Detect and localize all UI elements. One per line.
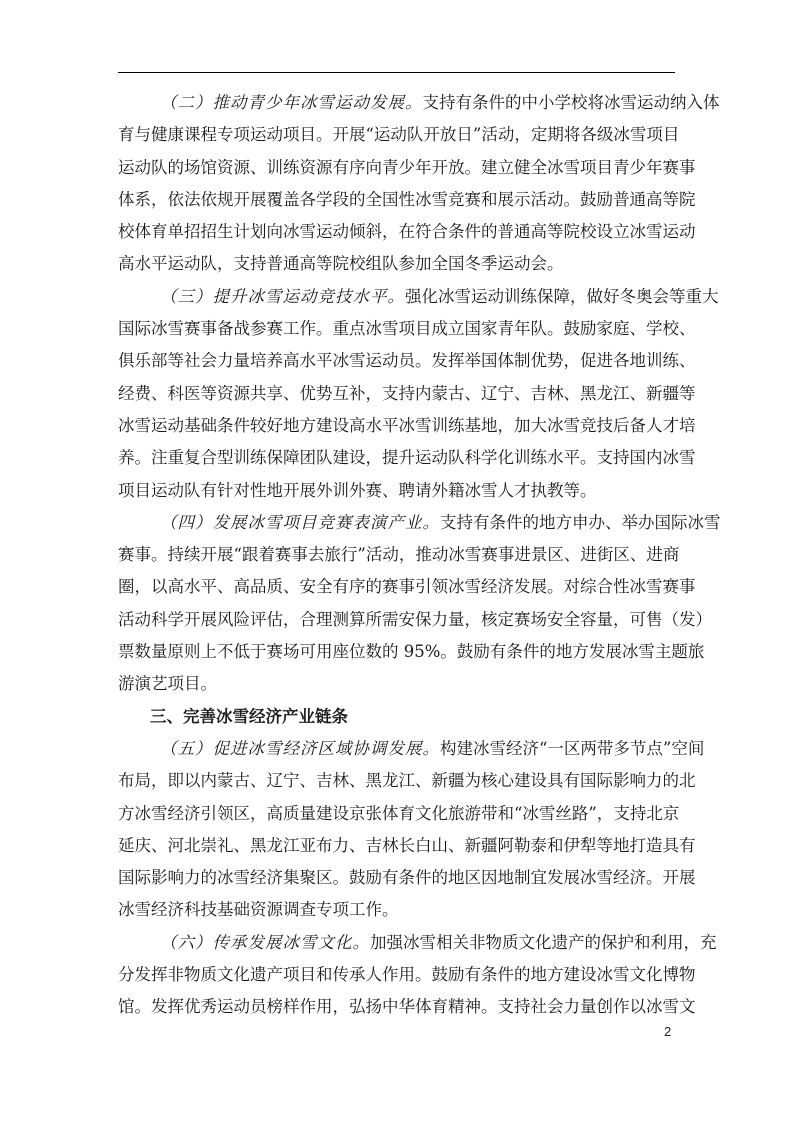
paragraph-lead: （二）推动青少年冰雪运动发展。 [160,93,423,112]
text-line: 布局，即以内蒙古、辽宁、吉林、黑龙江、新疆为核心建设具有国际影响力的北 [118,765,675,797]
header-rule [118,72,675,73]
paragraph-competition-industry: （四）发展冰雪项目竞赛表演产业。支持有条件的地方申办、举办国际冰雪 赛事。持续开… [118,507,675,701]
paragraph-lead: （五）促进冰雪经济区域协调发展。 [160,739,440,758]
paragraph-lead: （四）发展冰雪项目竞赛表演产业。 [160,513,440,532]
text-line: 冰雪经济科技基础资源调查专项工作。 [118,894,675,926]
paragraph-regional-development: （五）促进冰雪经济区域协调发展。构建冰雪经济“一区两带多节点”空间 布局，即以内… [118,733,675,927]
text-line: 圈，以高水平、高品质、安全有序的赛事引领冰雪经济发展。对综合性冰雪赛事 [118,571,675,603]
paragraph-winter-culture: （六）传承发展冰雪文化。加强冰雪相关非物质文化遗产的保护和利用，充 分发挥非物质… [118,927,675,1024]
text-line: 延庆、河北崇礼、黑龙江亚布力、吉林长白山、新疆阿勒泰和伊犁等地打造具有 [118,830,675,862]
paragraph-youth-winter-sports: （二）推动青少年冰雪运动发展。支持有条件的中小学校将冰雪运动纳入体 育与健康课程… [118,87,675,281]
text-line: （三）提升冰雪运动竞技水平。强化冰雪运动训练保障，做好冬奥会等重大 [118,281,675,313]
text-line: 运动队的场馆资源、训练资源有序向青少年开放。建立健全冰雪项目青少年赛事 [118,152,675,184]
text-line: 育与健康课程专项运动项目。开展“运动队开放日”活动，定期将各级冰雪项目 [118,119,675,151]
text-line: 活动科学开展风险评估，合理测算所需安保力量，核定赛场安全容量，可售（发） [118,604,675,636]
document-body: （二）推动青少年冰雪运动发展。支持有条件的中小学校将冰雪运动纳入体 育与健康课程… [118,87,675,1024]
paragraph-lead: （三）提升冰雪运动竞技水平。 [160,287,405,306]
text-line: （六）传承发展冰雪文化。加强冰雪相关非物质文化遗产的保护和利用，充 [118,927,675,959]
text-line: 经费、科医等资源共享、优势互补，支持内蒙古、辽宁、吉林、黑龙江、新疆等 [118,378,675,410]
text-line: 俱乐部等社会力量培养高水平冰雪运动员。发挥举国体制优势，促进各地训练、 [118,345,675,377]
paragraph-competitive-level: （三）提升冰雪运动竞技水平。强化冰雪运动训练保障，做好冬奥会等重大 国际冰雪赛事… [118,281,675,507]
paragraph-lead: （六）传承发展冰雪文化。 [160,933,370,952]
text-line: 冰雪运动基础条件较好地方建设高水平冰雪训练基地，加大冰雪竞技后备人才培 [118,410,675,442]
text-line: 国际冰雪赛事备战参赛工作。重点冰雪项目成立国家青年队。鼓励家庭、学校、 [118,313,675,345]
text-line: 体系，依法依规开展覆盖各学段的全国性冰雪竞赛和展示活动。鼓励普通高等院 [118,184,675,216]
text-line: 赛事。持续开展“跟着赛事去旅行”活动，推动冰雪赛事进景区、进街区、进商 [118,539,675,571]
text-line: （四）发展冰雪项目竞赛表演产业。支持有条件的地方申办、举办国际冰雪 [118,507,675,539]
text-line: 游演艺项目。 [118,668,675,700]
text-line: （二）推动青少年冰雪运动发展。支持有条件的中小学校将冰雪运动纳入体 [118,87,675,119]
text-line: 馆。发挥优秀运动员榜样作用，弘扬中华体育精神。支持社会力量创作以冰雪文 [118,991,675,1023]
section-heading: 三、完善冰雪经济产业链条 [118,701,675,733]
text-line: 校体育单招招生计划向冰雪运动倾斜，在符合条件的普通高等院校设立冰雪运动 [118,216,675,248]
text-line: 分发挥非物质文化遗产项目和传承人作用。鼓励有条件的地方建设冰雪文化博物 [118,959,675,991]
text-line: 养。注重复合型训练保障团队建设，提升运动队科学化训练水平。支持国内冰雪 [118,442,675,474]
text-line: 项目运动队有针对性地开展外训外赛、聘请外籍冰雪人才执教等。 [118,475,675,507]
text-line: 票数量原则上不低于赛场可用座位数的 95%。鼓励有条件的地方发展冰雪主题旅 [118,636,675,668]
text-line: 高水平运动队，支持普通高等院校组队参加全国冬季运动会。 [118,248,675,280]
page-number: 2 [664,1024,671,1039]
text-line: （五）促进冰雪经济区域协调发展。构建冰雪经济“一区两带多节点”空间 [118,733,675,765]
text-line: 方冰雪经济引领区，高质量建设京张体育文化旅游带和“冰雪丝路”，支持北京 [118,798,675,830]
text-line: 国际影响力的冰雪经济集聚区。鼓励有条件的地区因地制宜发展冰雪经济。开展 [118,862,675,894]
